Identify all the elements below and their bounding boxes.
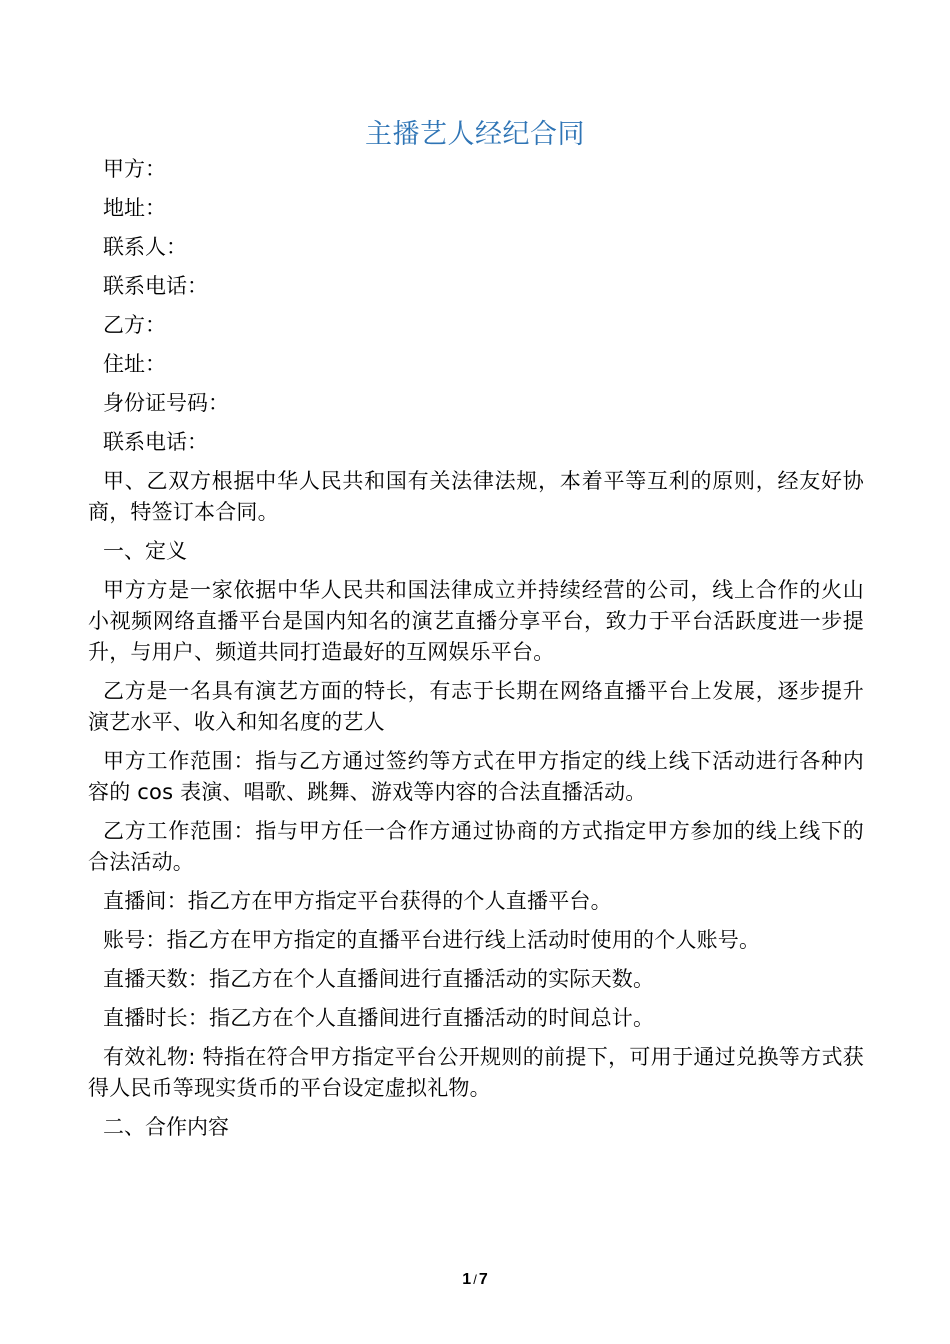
party-a-field: 甲方：	[88, 150, 864, 189]
intro-paragraph: 甲、乙双方根据中华人民共和国有关法律法规，本着平等互利的原则，经友好协商，特签订…	[88, 466, 864, 528]
party-a-contact-field: 联系人：	[88, 228, 864, 267]
page-separator: /	[473, 1272, 477, 1287]
total-pages: 7	[479, 1271, 488, 1288]
party-b-field: 乙方：	[88, 306, 864, 345]
party-b-phone-field: 联系电话：	[88, 423, 864, 462]
party-a-address-field: 地址：	[88, 189, 864, 228]
definition-party-a: 甲方方是一家依据中华人民共和国法律成立并持续经营的公司，线上合作的火山小视频网络…	[88, 575, 864, 668]
document-body: 甲方： 地址： 联系人： 联系电话： 乙方： 住址： 身份证号码： 联系电话： …	[88, 150, 864, 1151]
definition-party-b: 乙方是一名具有演艺方面的特长，有志于长期在网络直播平台上发展，逐步提升演艺水平、…	[88, 676, 864, 738]
definition-live-days: 直播天数：指乙方在个人直播间进行直播活动的实际天数。	[88, 964, 864, 995]
party-b-id-field: 身份证号码：	[88, 384, 864, 423]
section-heading-definitions: 一、定义	[88, 536, 864, 567]
document-page: 主播艺人经纪合同 甲方： 地址： 联系人： 联系电话： 乙方： 住址： 身份证号…	[0, 0, 950, 1344]
section-heading-cooperation: 二、合作内容	[88, 1112, 864, 1143]
party-a-phone-field: 联系电话：	[88, 267, 864, 306]
current-page: 1	[462, 1271, 471, 1288]
definition-live-room: 直播间：指乙方在甲方指定平台获得的个人直播平台。	[88, 886, 864, 917]
party-b-address-field: 住址：	[88, 345, 864, 384]
document-title: 主播艺人经纪合同	[0, 112, 950, 151]
definition-party-b-scope: 乙方工作范围：指与甲方任一合作方通过协商的方式指定甲方参加的线上线下的合法活动。	[88, 816, 864, 878]
definition-party-a-scope: 甲方工作范围：指与乙方通过签约等方式在甲方指定的线上线下活动进行各种内容的 co…	[88, 746, 864, 808]
page-number: 1/7	[0, 1271, 950, 1289]
definition-valid-gifts: 有效礼物: 特指在符合甲方指定平台公开规则的前提下，可用于通过兑换等方式获得人民…	[88, 1042, 864, 1104]
definition-live-duration: 直播时长：指乙方在个人直播间进行直播活动的时间总计。	[88, 1003, 864, 1034]
definition-account: 账号：指乙方在甲方指定的直播平台进行线上活动时使用的个人账号。	[88, 925, 864, 956]
